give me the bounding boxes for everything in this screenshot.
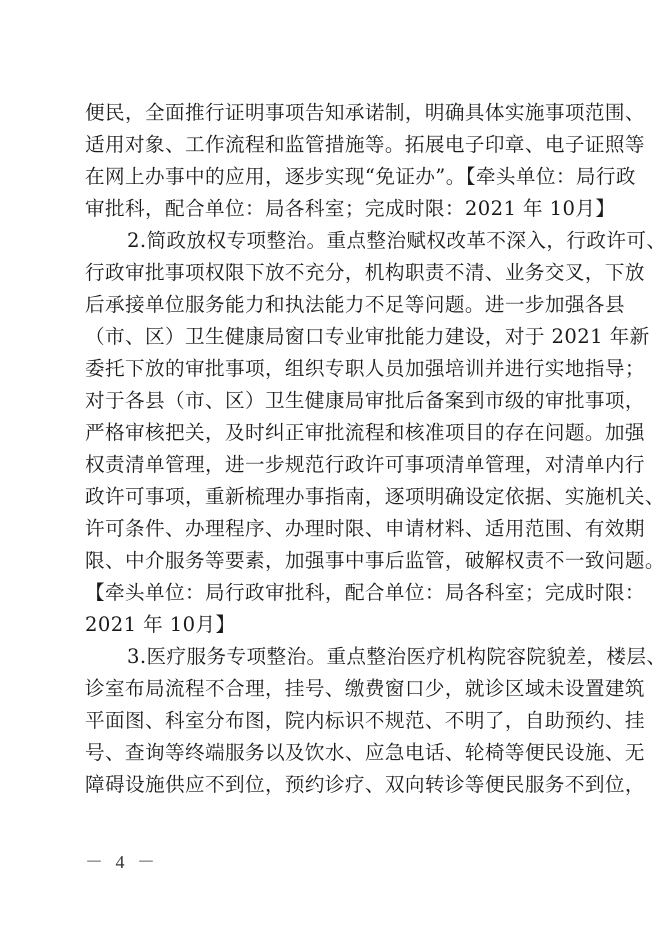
- text-line: 后承接单位服务能力和执法能力不足等问题。进一步加强各县: [85, 289, 590, 321]
- text-line: 许可条件、办理程序、办理时限、申请材料、适用范围、有效期: [85, 513, 590, 545]
- text-line: 审批科，配合单位：局各科室；完成时限：2021 年 10月】: [85, 193, 590, 225]
- text-line: 便民，全面推行证明事项告知承诺制，明确具体实施事项范围、: [85, 97, 590, 129]
- body-text: 便民，全面推行证明事项告知承诺制，明确具体实施事项范围、适用对象、工作流程和监管…: [85, 97, 590, 801]
- text-line: 【牵头单位：局行政审批科，配合单位：局各科室；完成时限：: [85, 577, 590, 609]
- text-line: 2.简政放权专项整治。重点整治赋权改革不深入，行政许可、: [85, 225, 590, 257]
- text-line: 委托下放的审批事项，组织专职人员加强培训并进行实地指导；: [85, 353, 590, 385]
- text-line: 政许可事项，重新梳理办事指南，逐项明确设定依据、实施机关、: [85, 481, 590, 513]
- text-line: 严格审核把关，及时纠正审批流程和核准项目的存在问题。加强: [85, 417, 590, 449]
- text-line: 号、查询等终端服务以及饮水、应急电话、轮椅等便民设施、无: [85, 737, 590, 769]
- text-line: 2021 年 10月】: [85, 609, 590, 641]
- text-line: 限、中介服务等要素，加强事中事后监管，破解权责不一致问题。: [85, 545, 590, 577]
- text-line: （市、区）卫生健康局窗口专业审批能力建设，对于 2021 年新: [85, 321, 590, 353]
- text-line: 行政审批事项权限下放不充分，机构职责不清、业务交叉，下放: [85, 257, 590, 289]
- text-line: 障碍设施供应不到位，预约诊疗、双向转诊等便民服务不到位，: [85, 769, 590, 801]
- text-line: 平面图、科室分布图，院内标识不规范、不明了，自助预约、挂: [85, 705, 590, 737]
- page-number: － 4 －: [85, 848, 159, 874]
- text-line: 对于各县（市、区）卫生健康局审批后备案到市级的审批事项，: [85, 385, 590, 417]
- text-line: 在网上办事中的应用，逐步实现“免证办”。【牵头单位：局行政: [85, 161, 590, 193]
- text-line: 诊室布局流程不合理，挂号、缴费窗口少，就诊区域未设置建筑: [85, 673, 590, 705]
- text-line: 权责清单管理，进一步规范行政许可事项清单管理，对清单内行: [85, 449, 590, 481]
- text-line: 3.医疗服务专项整治。重点整治医疗机构院容院貌差，楼层、: [85, 641, 590, 673]
- text-line: 适用对象、工作流程和监管措施等。拓展电子印章、电子证照等: [85, 129, 590, 161]
- document-page: 便民，全面推行证明事项告知承诺制，明确具体实施事项范围、适用对象、工作流程和监管…: [0, 0, 670, 932]
